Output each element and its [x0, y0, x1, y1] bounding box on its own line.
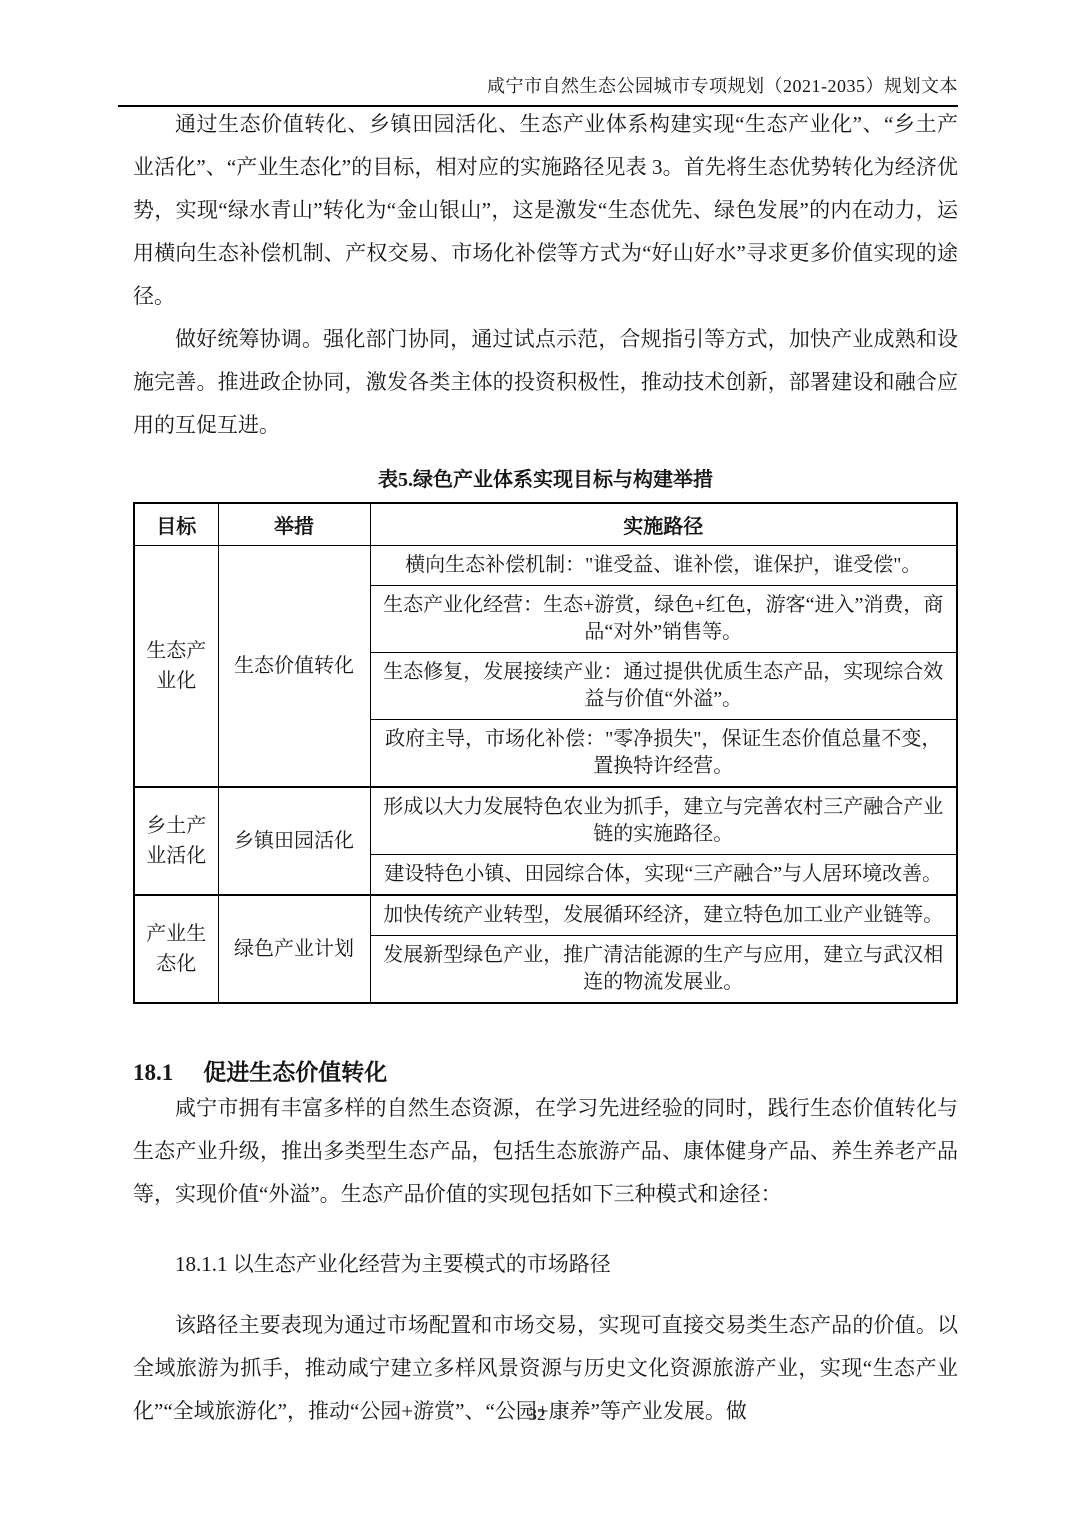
col-header-path: 实施路径	[370, 503, 957, 546]
col-header-measure: 举措	[218, 503, 370, 546]
path-cell: 发展新型绿色产业，推广清洁能源的生产与应用，建立与武汉相连的物流发展业。	[370, 936, 957, 1004]
path-cell: 政府主导，市场化补偿："零净损失"，保证生态价值总量不变，置换特许经营。	[370, 720, 957, 788]
paragraph-overview: 通过生态价值转化、乡镇田园活化、生态产业体系构建实现“生态产业化”、“乡土产业活…	[133, 103, 958, 318]
table-header-row: 目标 举措 实施路径	[134, 503, 957, 546]
running-header: 咸宁市自然生态公园城市专项规划（2021-2035）规划文本	[118, 72, 958, 107]
table-row: 生态产业化 生态价值转化 横向生态补偿机制："谁受益、谁补偿，谁保护，谁受偿"。	[134, 546, 957, 586]
measure-cell-township: 乡镇田园活化	[218, 787, 370, 895]
goal-cell-eco-industrialization: 生态产业化	[134, 546, 218, 788]
section-title: 促进生态价值转化	[203, 1054, 387, 1087]
path-cell: 生态产业化经营：生态+游赏，绿色+红色，游客“进入”消费，商品“对外”销售等。	[370, 586, 957, 653]
page-content: 通过生态价值转化、乡镇田园活化、生态产业体系构建实现“生态产业化”、“乡土产业活…	[133, 103, 958, 1433]
paragraph-resources: 咸宁市拥有丰富多样的自然生态资源，在学习先进经验的同时，践行生态价值转化与生态产…	[133, 1087, 958, 1216]
document-page: 咸宁市自然生态公园城市专项规划（2021-2035）规划文本 通过生态价值转化、…	[0, 0, 1074, 1520]
path-cell: 生态修复，发展接续产业：通过提供优质生态产品，实现综合效益与价值“外溢”。	[370, 653, 957, 720]
running-header-title: 咸宁市自然生态公园城市专项规划（2021-2035）规划文本	[487, 76, 958, 96]
measure-cell-green-plan: 绿色产业计划	[218, 895, 370, 1003]
paragraph-coordination: 做好统筹协调。强化部门协同，通过试点示范，合规指引等方式，加快产业成熟和设施完善…	[133, 318, 958, 447]
table-row: 乡土产业活化 乡镇田园活化 形成以大力发展特色农业为抓手，建立与完善农村三产融合…	[134, 787, 957, 855]
path-cell: 加快传统产业转型，发展循环经济，建立特色加工业产业链等。	[370, 895, 957, 936]
path-cell: 形成以大力发展特色农业为抓手，建立与完善农村三产融合产业链的实施路径。	[370, 787, 957, 855]
table-row: 产业生态化 绿色产业计划 加快传统产业转型，发展循环经济，建立特色加工业产业链等…	[134, 895, 957, 936]
goal-cell-rural-industry: 乡土产业活化	[134, 787, 218, 895]
green-industry-table: 目标 举措 实施路径 生态产业化 生态价值转化 横向生态补偿机制："谁受益、谁补…	[133, 502, 958, 1004]
section-heading-18-1: 18.1 促进生态价值转化	[133, 1054, 958, 1087]
page-number: 32	[0, 1405, 1074, 1425]
goal-cell-industry-ecologization: 产业生态化	[134, 895, 218, 1003]
table-caption: 表5.绿色产业体系实现目标与构建举措	[133, 463, 958, 492]
path-cell: 横向生态补偿机制："谁受益、谁补偿，谁保护，谁受偿"。	[370, 546, 957, 586]
col-header-goal: 目标	[134, 503, 218, 546]
subsection-heading-18-1-1: 18.1.1 以生态产业化经营为主要模式的市场路径	[133, 1248, 958, 1278]
measure-cell-eco-value: 生态价值转化	[218, 546, 370, 788]
section-number: 18.1	[133, 1060, 173, 1086]
path-cell: 建设特色小镇、田园综合体，实现“三产融合”与人居环境改善。	[370, 855, 957, 896]
